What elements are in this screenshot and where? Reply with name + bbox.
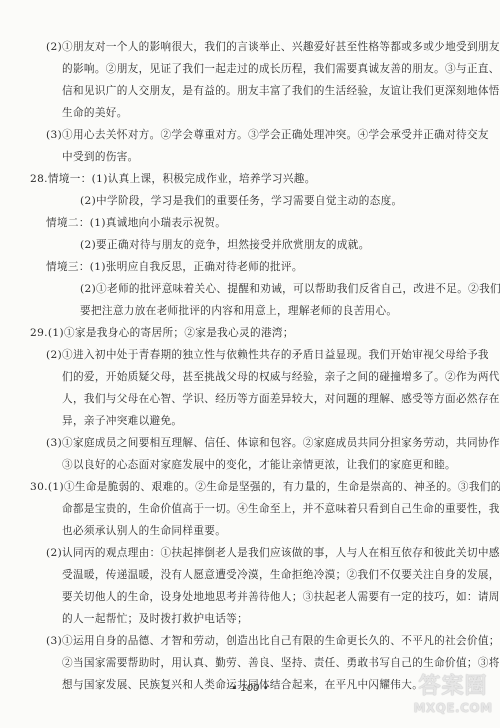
text-line: (3)①用心去关怀对方。②学会尊重对方。③学会正确处理冲突。④学会承受并正确对待… <box>46 128 489 142</box>
text-line: (2)中学阶段，学习是我们的重要任务，学习需要自觉主动的态度。 <box>80 194 402 208</box>
text-line: 情境二：(1)真诚地向小瑞表示祝贺。 <box>46 216 226 230</box>
text-line: (2)①朋友对一个人的影响很大，我们的言谈举止、兴趣爱好甚至性格等都或多或少地受… <box>46 40 500 54</box>
text-line: 命都是宝贵的，生命价值高于一切。④生命至上，并不意味着只看到自己生命的重要性，我… <box>62 502 500 516</box>
text-line: 信和见识广的人交朋友，是有益的。朋友丰富了我们的生活经验，友谊让我们更深刻地体悟 <box>62 84 500 98</box>
text-line: 们的爱，开始质疑父母，甚至挑战父母的权威与经验，亲子之间的碰撞增多了。②作为两代 <box>62 370 500 384</box>
text-line: 也必须承认别人的生命同样重要。 <box>62 524 226 538</box>
text-line: (2)认同丙的观点理由：①扶起摔倒老人是我们应该做的事，人与人在相互依存和彼此关… <box>46 546 500 560</box>
text-line: (2)①进入初中处于青春期的独立性与依赖性共存的矛盾日益显现。我们开始审视父母给… <box>46 348 489 362</box>
text-line: 的影响。②朋友，见证了我们一起走过的成长历程，我们需要真诚友善的朋友。③与正直、… <box>62 62 500 76</box>
text-line: (3)①家庭成员之间要相互理解、信任、体谅和包容。②家庭成员共同分担家务劳动，共… <box>46 436 500 450</box>
text-line: ③以良好的心态面对家庭发展中的变化，才能让亲情更浓，让我们的家庭更和睦。 <box>62 458 456 472</box>
text-line: 29.(1)①家是我身心的寄居所；②家是我心灵的港湾； <box>30 326 294 340</box>
text-line: 情境三：(1)张明应自我反思，正确对待老师的批评。 <box>46 260 303 274</box>
text-line: 28.情境一：(1)认真上课，积极完成作业，培养学习兴趣。 <box>30 172 316 186</box>
watermark-logo: 答案圈 MXQE.COM <box>410 674 496 724</box>
text-line: (2)要正确对待与朋友的竞争，坦然接受并欣赏朋友的成就。 <box>80 238 370 252</box>
text-line: 受温暖，传递温暖，没有人愿意遭受冷漠，生命拒绝冷漠；②我们不仅要关注自身的发展，… <box>62 568 500 582</box>
watermark-url: MXQE.COM <box>410 700 496 716</box>
text-line: ②当国家需要帮助时，用认真、勤劳、善良、坚持、责任、勇敢书写自己的生命价值；③将… <box>62 656 500 670</box>
text-line: 异，亲子冲突难以避免。 <box>62 414 182 428</box>
text-line: 要把注意力放在老师批评的内容和用意上，理解老师的良苦用心。 <box>80 304 397 318</box>
document-page: (2)①朋友对一个人的影响很大，我们的言谈举止、兴趣爱好甚至性格等都或多或少地受… <box>0 0 500 728</box>
text-line: 30.(1)①生命是脆弱的、艰难的。②生命是坚强的，有力量的，生命是崇高的、神圣… <box>30 480 500 494</box>
text-line: (3)①运用自身的品德、才智和劳动，创造出比自己有限的生命更长久的、不平凡的社会… <box>46 634 500 648</box>
text-line: 的人一起帮忙；及时拨打救护电话等； <box>62 612 248 626</box>
text-line: 中受到的伤害。 <box>62 150 139 164</box>
text-line: 要关切他人的生命，设身处地地思考并善待他人；③扶起老人需要有一定的技巧，如：请周… <box>62 590 500 604</box>
text-line: 生命的美好。 <box>62 106 128 120</box>
watermark-text: 答案圈 <box>410 674 496 700</box>
text-line: (2)①老师的批评意味着关心、提醒和劝诫，可以帮助我们反省自己，改进不足。②我们 <box>80 282 500 296</box>
text-line: 人，我们与父母在心智、学识、经历等方面差异较大，对问题的理解、感受等方面必然存在… <box>62 392 500 406</box>
